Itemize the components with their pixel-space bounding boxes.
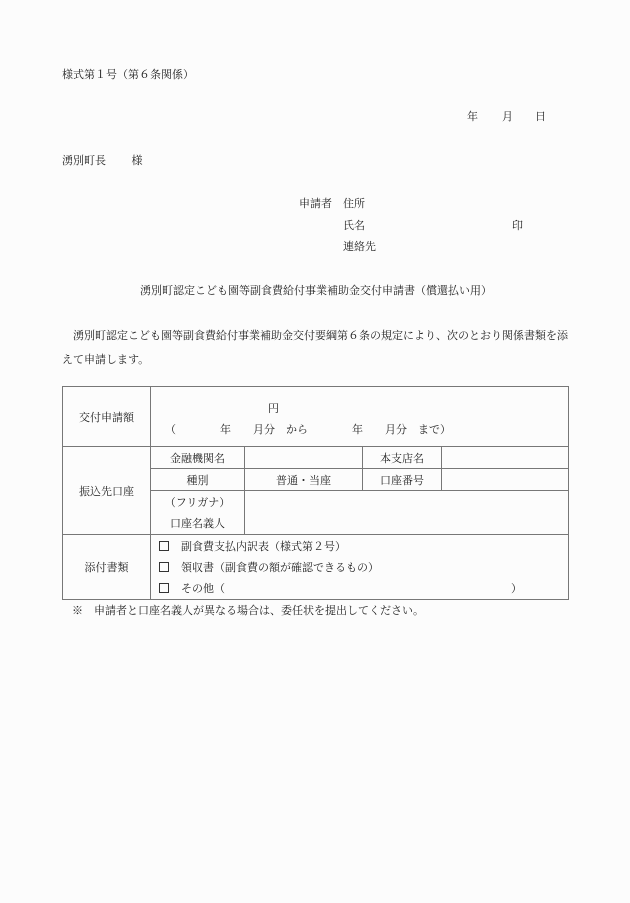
amount-field[interactable]: 円 （ 年 月分 から 年 月分 まで）: [151, 387, 569, 447]
date-year: 年: [467, 110, 478, 124]
branch-field[interactable]: [442, 447, 569, 469]
account-number-field[interactable]: [442, 469, 569, 491]
address-label: 住所: [343, 197, 365, 211]
checkbox-icon[interactable]: [159, 562, 169, 572]
attachments-list: 副食費支払内訳表（様式第２号） 領収書（副食費の額が確認できるもの） その他（ …: [151, 535, 569, 600]
attachment-item[interactable]: 副食費支払内訳表（様式第２号）: [159, 536, 568, 557]
bank-name-field[interactable]: [245, 447, 363, 469]
bank-account-header: 振込先口座: [63, 447, 151, 535]
branch-label: 本支店名: [363, 447, 442, 469]
account-type-value[interactable]: 普通・当座: [245, 469, 363, 491]
attachments-header: 添付書類: [63, 535, 151, 600]
application-table: 交付申請額 円 （ 年 月分 から 年 月分 まで） 振込先口座 金融機関名 本…: [62, 386, 569, 600]
seal-mark: 印: [512, 219, 523, 233]
account-number-label: 口座番号: [363, 469, 442, 491]
yen-label: 円: [268, 400, 279, 416]
checkbox-icon[interactable]: [159, 541, 169, 551]
form-number: 様式第１号（第６条関係）: [62, 68, 194, 82]
furigana-label: （フリガナ）: [151, 492, 244, 513]
applicant-label: 申請者: [299, 197, 332, 211]
attachment-item[interactable]: 領収書（副食費の額が確認できるもの）: [159, 557, 568, 578]
date-day: 日: [535, 110, 546, 124]
attachment-item[interactable]: その他（ ）: [159, 578, 568, 599]
holder-label: 口座名義人: [151, 513, 244, 534]
contact-label: 連絡先: [343, 240, 376, 254]
checkbox-icon[interactable]: [159, 583, 169, 593]
addressee-name: 湧別町長: [62, 154, 106, 167]
addressee: 湧別町長 様: [62, 154, 143, 168]
body-text: 湧別町認定こども園等副食費給付事業補助金交付要綱第６条の規定により、次のとおり関…: [62, 324, 572, 372]
amount-header: 交付申請額: [63, 387, 151, 447]
bank-row-1: 振込先口座 金融機関名 本支店名: [63, 447, 569, 469]
attachments-row: 添付書類 副食費支払内訳表（様式第２号） 領収書（副食費の額が確認できるもの） …: [63, 535, 569, 600]
account-type-label: 種別: [151, 469, 245, 491]
holder-label-cell: （フリガナ） 口座名義人: [151, 491, 245, 535]
addressee-honorific: 様: [132, 154, 143, 167]
name-label: 氏名: [343, 219, 365, 233]
footnote: ※ 申請者と口座名義人が異なる場合は、委任状を提出してください。: [72, 604, 424, 618]
date-month: 月: [502, 110, 513, 124]
amount-row: 交付申請額 円 （ 年 月分 から 年 月分 まで）: [63, 387, 569, 447]
document-title: 湧別町認定こども園等副食費給付事業補助金交付申請書（償還払い用）: [140, 284, 492, 298]
holder-field[interactable]: [245, 491, 569, 535]
bank-name-label: 金融機関名: [151, 447, 245, 469]
period-range: （ 年 月分 から 年 月分 まで）: [165, 421, 451, 437]
